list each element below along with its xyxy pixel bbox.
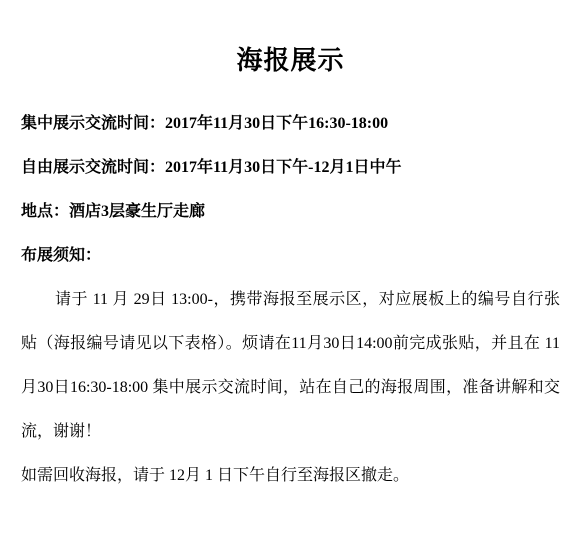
info-line-free-display-time: 自由展示交流时间：2017年11月30日下午-12月1日中午	[21, 146, 560, 190]
info-lines-block: 集中展示交流时间：2017年11月30日下午16:30-18:00 自由展示交流…	[21, 102, 560, 278]
info-line-focused-display-time: 集中展示交流时间：2017年11月30日下午16:30-18:00	[21, 102, 560, 146]
poster-removal-paragraph: 如需回收海报，请于 12月 1 日下午自行至海报区撤走。	[21, 454, 560, 498]
document-page: 海报展示 集中展示交流时间：2017年11月30日下午16:30-18:00 自…	[0, 0, 578, 554]
info-line-setup-notice-heading: 布展须知：	[21, 234, 560, 278]
document-title: 海报展示	[21, 46, 560, 76]
setup-notice-paragraph: 请于 11 月 29日 13:00-，携带海报至展示区，对应展板上的编号自行张贴…	[21, 278, 560, 454]
info-line-location: 地点：酒店3层豪生厅走廊	[21, 190, 560, 234]
